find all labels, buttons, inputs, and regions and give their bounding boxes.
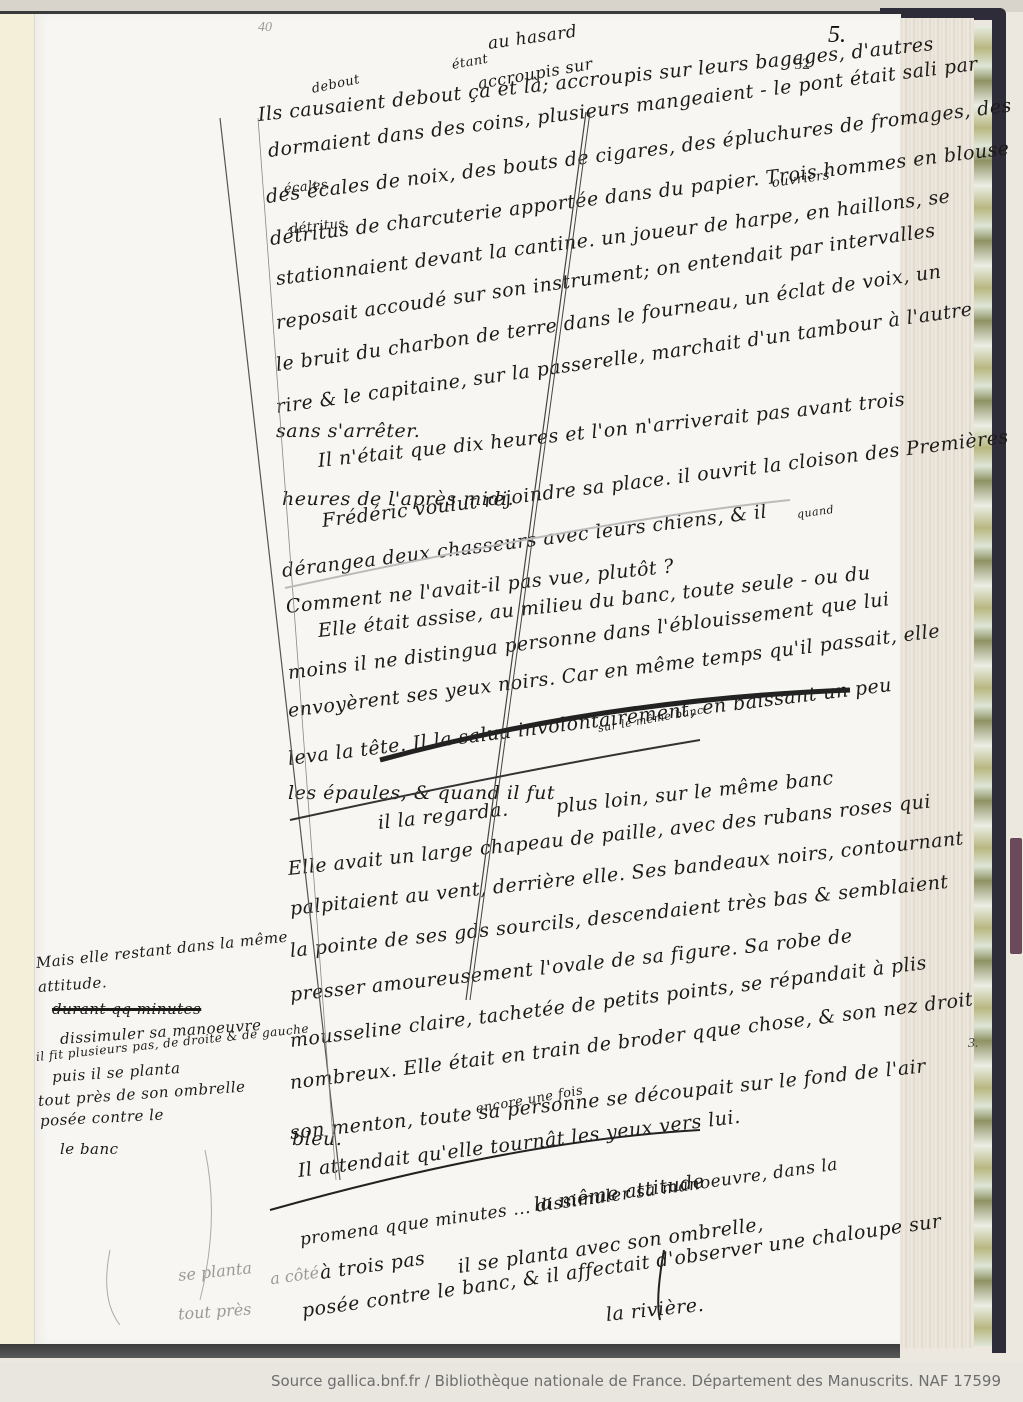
page-fore-edge: [900, 18, 974, 1348]
text-line: sans s'arrêter.: [276, 420, 420, 442]
pencil-page-number: 40: [258, 20, 272, 36]
facing-leaf: [0, 14, 34, 1344]
text-line: les épaules, & quand il fut: [288, 782, 555, 804]
marbled-endpaper: [974, 26, 992, 1346]
text-line: bleu.: [292, 1128, 342, 1150]
margin-note-line: le banc: [60, 1140, 119, 1158]
book-cover: [992, 8, 1006, 1353]
source-caption: Source gallica.bnf.fr / Bibliothèque nat…: [271, 1372, 1001, 1390]
right-margin-mark: 3.: [968, 1036, 979, 1052]
bookmark-ribbon: [1010, 838, 1022, 954]
manuscript-scan: 40 52 5. 3. au hasard debout étant accro…: [0, 0, 1023, 1362]
margin-note-line: durant qq minutes: [52, 1000, 201, 1018]
book-bottom-edge: [0, 1344, 900, 1358]
